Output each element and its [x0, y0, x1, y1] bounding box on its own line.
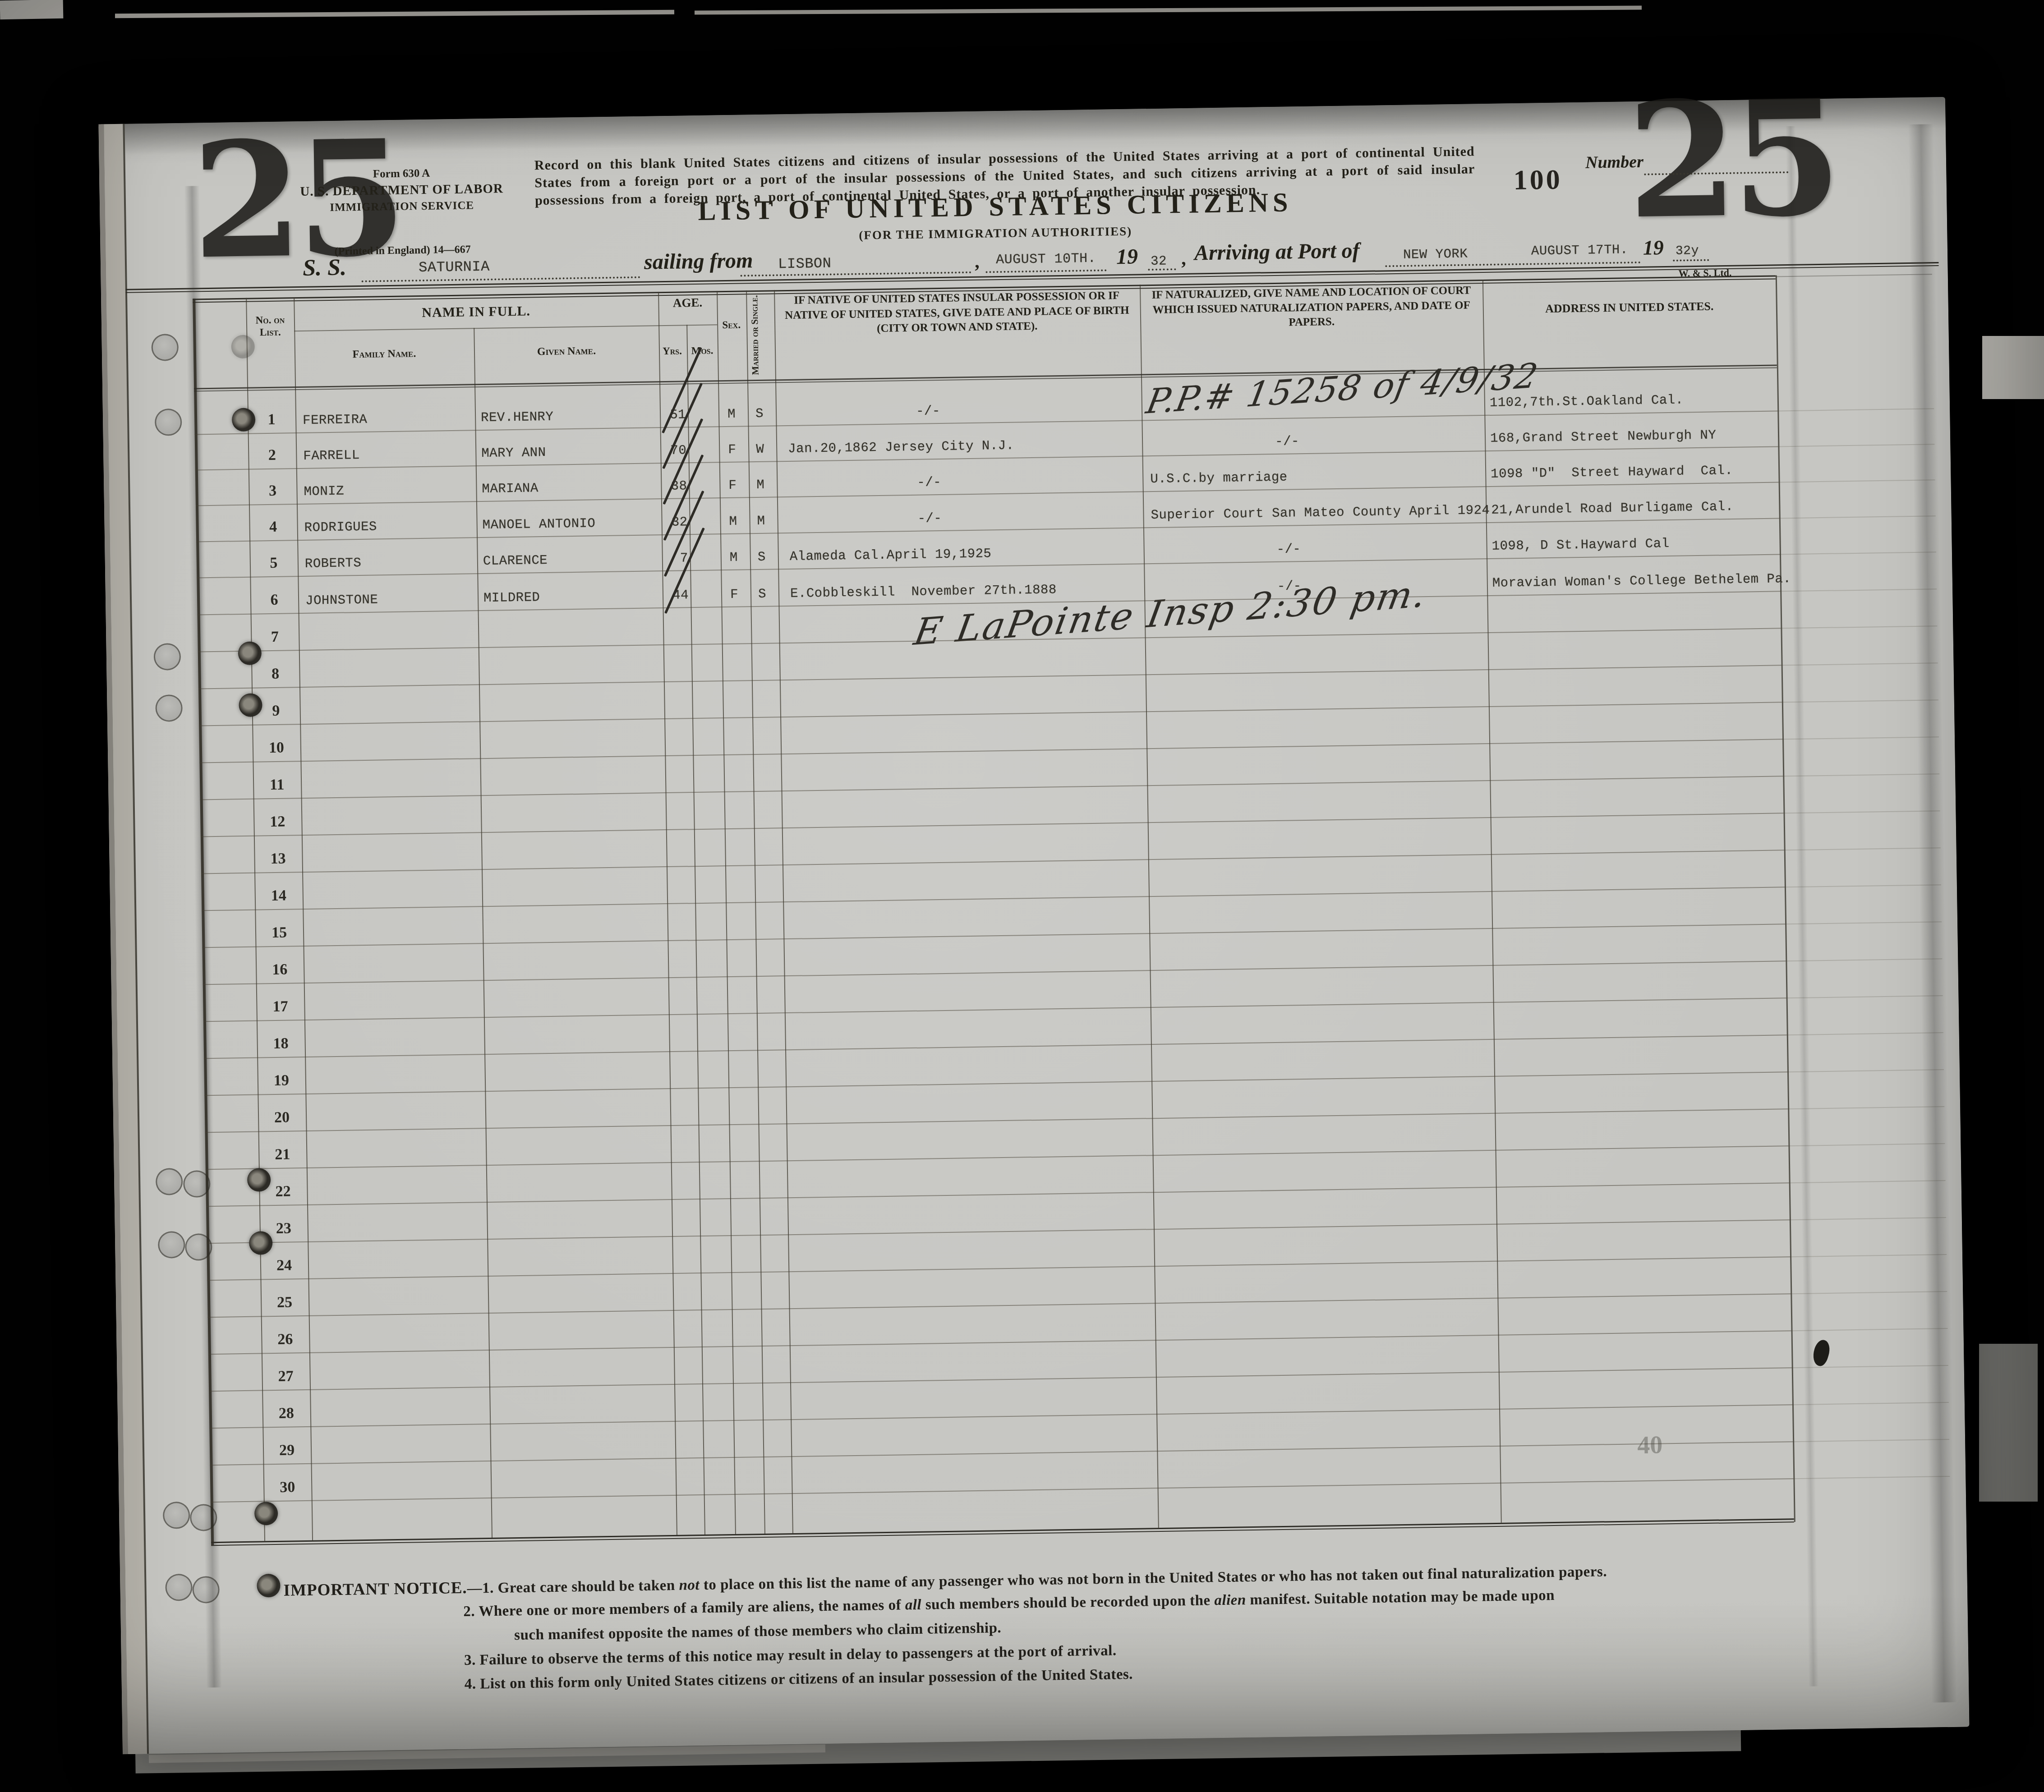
- cell-row-number: 8: [251, 665, 299, 683]
- departure-year: 32: [1151, 253, 1167, 269]
- arrival-year: 32y: [1676, 244, 1699, 258]
- col-header-birth: IF NATIVE OF UNITED STATES INSULAR POSSE…: [778, 289, 1135, 338]
- notice-item2-number: 2.: [463, 1604, 475, 1620]
- cell-address: 1102,7th.St.Oakland Cal.: [1490, 391, 1790, 410]
- cell-birth: E.Cobbleskill November 27th.1888: [790, 581, 1153, 601]
- table-row-line-extension: [1784, 847, 1941, 850]
- cell-row-number: 25: [261, 1294, 309, 1312]
- cell-family-name: FARRELL: [303, 446, 477, 464]
- cell-birth: Alameda Cal.April 19,1925: [790, 544, 1153, 564]
- table-row-line-extension: [1780, 588, 1937, 592]
- year-dotted-2: [1673, 259, 1709, 262]
- cell-row-number: 10: [253, 739, 301, 757]
- cell-sex: M: [718, 406, 746, 422]
- notice-item2-b: such members should be recorded upon the: [921, 1592, 1215, 1613]
- cell-row-number: 15: [255, 924, 304, 942]
- table-row-line-extension: [1781, 625, 1937, 629]
- punch-hole-ring-4: [156, 1168, 183, 1195]
- comma-2: ,: [1181, 248, 1186, 270]
- col-header-sex: Sex.: [716, 318, 746, 331]
- table-bottom-rule-2: [211, 1521, 1794, 1546]
- table-row-line-extension: [1778, 444, 1934, 447]
- cell-sex: F: [718, 442, 746, 457]
- cell-row-number: 20: [258, 1109, 306, 1127]
- cell-row-number: 30: [263, 1479, 312, 1497]
- cell-address: 1098, D St.Hayward Cal: [1492, 534, 1791, 554]
- table-row-line-extension: [1789, 1180, 1946, 1183]
- table-row-line-extension: [1786, 958, 1942, 961]
- cell-family-name: FERREIRA: [303, 410, 476, 428]
- table-row-line-extension: [1793, 1439, 1949, 1442]
- table-row-line-extension: [1791, 1328, 1948, 1331]
- department-label: U. S. DEPARTMENT OF LABOR: [289, 181, 514, 199]
- cell-sex: M: [720, 550, 748, 565]
- table-row-line-extension: [1783, 773, 1939, 777]
- cell-married-single: M: [747, 513, 775, 528]
- cell-row-number: 17: [256, 998, 304, 1016]
- comma-1: ,: [975, 251, 980, 273]
- count-stamp: 100: [1513, 164, 1562, 197]
- cell-sex: F: [718, 478, 746, 493]
- punch-hole-dark-7: [257, 1574, 281, 1598]
- table-row-line-extension: [1779, 479, 1935, 482]
- col-header-mos: Mos.: [687, 344, 718, 357]
- col-header-yrs: Yrs.: [658, 345, 687, 357]
- cell-given-name: MANOEL ANTONIO: [482, 515, 660, 533]
- punch-hole-ring-6: [158, 1231, 185, 1259]
- cell-given-name: CLARENCE: [483, 551, 661, 569]
- table-row-line-extension: [1785, 884, 1941, 887]
- table-row-line-extension: [1782, 662, 1938, 666]
- form-number: Form 630 A: [289, 166, 514, 182]
- cell-address: Moravian Woman's College Bethelem Pa.: [1492, 571, 1792, 591]
- date-dotted-line: [985, 269, 1106, 273]
- notice-item2-italic1: all: [905, 1597, 922, 1613]
- cell-row-number: 29: [263, 1442, 311, 1460]
- form-id-block: Form 630 A U. S. DEPARTMENT OF LABOR IMM…: [289, 166, 516, 258]
- table-row-line-extension: [1793, 1476, 1950, 1479]
- cell-married-single: M: [746, 477, 774, 492]
- arrival-port: NEW YORK: [1403, 247, 1468, 262]
- cell-row-number: 4: [249, 518, 297, 536]
- cell-row-number: 26: [261, 1331, 309, 1349]
- col-header-no-on-list: No. on List.: [252, 313, 289, 338]
- cell-row-number: 6: [250, 591, 299, 609]
- cell-family-name: JOHNSTONE: [305, 591, 479, 608]
- port-dotted-line: [741, 271, 971, 277]
- cell-family-name: RODRIGUES: [304, 518, 478, 535]
- col-header-married-or-single: Married or Single.: [749, 293, 761, 377]
- notice-line-3: such manifest opposite the names of thos…: [514, 1620, 1001, 1644]
- service-label: IMMIGRATION SERVICE: [289, 199, 515, 215]
- notice-item3-number: 3.: [464, 1652, 476, 1668]
- manifest-sheet: 25 25 Form 630 A U. S. DEPARTMENT OF LAB…: [98, 97, 1969, 1754]
- table-row-line-extension: [1782, 699, 1938, 703]
- punch-hole-ring-1: [155, 409, 182, 436]
- cell-age-years: 32: [645, 515, 687, 530]
- notice-item3-text: Failure to observe the terms of this not…: [479, 1642, 1117, 1668]
- cell-birth: -/-: [916, 399, 1279, 419]
- cell-address: 21,Arundel Road Burligame Cal.: [1491, 498, 1791, 518]
- punch-hole-ring-3: [155, 694, 183, 722]
- departure-port: LISBON: [778, 255, 832, 273]
- table-row-line-extension: [1786, 995, 1943, 998]
- cell-family-name: MONIZ: [304, 482, 477, 499]
- cell-sex: M: [719, 514, 747, 529]
- cell-row-number: 19: [258, 1072, 306, 1090]
- table-row-line-extension: [1792, 1365, 1948, 1368]
- year-prefix-1: 19: [1116, 244, 1138, 269]
- table-row-line-extension: [1791, 1291, 1947, 1294]
- punch-hole-ring-2: [154, 643, 181, 671]
- cell-given-name: MARIANA: [482, 479, 660, 496]
- right-crease: [1908, 124, 1957, 1702]
- col-header-naturalization: IF NATURALIZED, GIVE NAME AND LOCATION O…: [1144, 283, 1478, 332]
- paper-edge-top-2: [695, 6, 1642, 15]
- notice-item2-italic2: alien: [1214, 1592, 1246, 1608]
- table-row-line-extension: [1783, 810, 1940, 813]
- table-row-line-extension: [1790, 1254, 1947, 1257]
- cell-age-years: 7: [645, 551, 688, 566]
- table-top-rule-ext: [1776, 274, 1932, 277]
- notice-item1-a: Great care should be taken: [497, 1577, 679, 1596]
- cell-family-name: ROBERTS: [305, 554, 479, 571]
- notice-item1-italic: not: [679, 1577, 700, 1594]
- photographed-manifest-page: 25 25 Form 630 A U. S. DEPARTMENT OF LAB…: [0, 0, 2044, 1792]
- cell-given-name: REV.HENRY: [481, 408, 659, 425]
- cell-row-number: 7: [251, 628, 299, 646]
- notice-heading: IMPORTANT NOTICE.: [283, 1579, 467, 1600]
- cell-naturalization: U.S.C.by marriage: [1150, 467, 1492, 487]
- table-row-line-extension: [1780, 551, 1936, 555]
- cell-row-number: 27: [262, 1368, 310, 1386]
- col-header-address: ADDRESS IN UNITED STATES.: [1483, 298, 1776, 317]
- col-header-name-in-full: NAME IN FULL.: [294, 302, 658, 322]
- cell-address: 1098 "D" Street Hayward Cal.: [1491, 462, 1791, 482]
- cell-age-years: 44: [646, 588, 689, 603]
- cell-row-number: 3: [249, 482, 297, 500]
- vessel-dotted-line: [362, 276, 640, 282]
- paper-tab-right: [1982, 336, 2044, 399]
- paper-edge-top-left: [0, 0, 63, 19]
- table-row-line-extension: [1787, 1032, 1943, 1035]
- notice-line-5: 4. List on this form only United States …: [465, 1666, 1133, 1693]
- arrival-dotted-line: [1385, 262, 1640, 267]
- cell-row-number: 12: [253, 813, 302, 831]
- vessel-name: SATURNIA: [419, 258, 490, 276]
- cell-age-years: 38: [644, 478, 687, 494]
- punch-hole-ring-10: [165, 1574, 193, 1601]
- table-row-line-extension: [1785, 921, 1942, 924]
- col-header-family-name: Family Name.: [295, 346, 474, 362]
- col-header-age: AGE.: [658, 295, 717, 310]
- sailing-from-label: sailing from: [644, 248, 753, 275]
- cell-address: 168,Grand Street Newburgh NY: [1490, 427, 1790, 446]
- ss-label: S. S.: [303, 254, 347, 281]
- cell-age-years: 70: [644, 443, 686, 458]
- departure-date: AUGUST 10TH.: [996, 251, 1096, 268]
- notice-item1-number: —1.: [467, 1580, 494, 1597]
- table-row-line-extension: [1779, 515, 1936, 519]
- notice-item2-continuation: such manifest opposite the names of thos…: [514, 1620, 1001, 1643]
- punch-hole-dark-6: [254, 1502, 278, 1525]
- cell-married-single: W: [746, 441, 774, 457]
- cell-married-single: S: [748, 549, 776, 565]
- cell-row-number: 21: [258, 1146, 307, 1164]
- punch-hole-ring-8: [163, 1502, 190, 1529]
- punch-hole-ring-0: [151, 334, 179, 361]
- table-row-line-extension: [1790, 1217, 1946, 1220]
- notice-item4-number: 4.: [465, 1676, 476, 1692]
- paper-edge-top-1: [115, 10, 674, 18]
- table-bottom-rule-1: [211, 1518, 1794, 1543]
- table-row-line-extension: [1787, 1069, 1944, 1072]
- cell-row-number: 11: [253, 776, 301, 794]
- cell-married-single: S: [746, 406, 773, 421]
- table-row-line-extension: [1788, 1143, 1945, 1146]
- cell-row-number: 28: [262, 1405, 311, 1423]
- cell-row-number: 18: [257, 1035, 305, 1053]
- table-row-line-extension: [1788, 1106, 1944, 1109]
- notice-line-4: 3. Failure to observe the terms of this …: [464, 1642, 1117, 1668]
- cell-row-number: 5: [250, 554, 298, 572]
- page-number-stamp-right: 25: [1626, 93, 1837, 226]
- header-sub-divider: [294, 324, 717, 331]
- cell-given-name: MARY ANN: [481, 443, 659, 461]
- notice-item2-a: Where one or more members of a family ar…: [479, 1597, 905, 1619]
- paper-blob-right: [1979, 1344, 2038, 1502]
- cell-row-number: 14: [255, 887, 303, 905]
- cell-age-years: 51: [643, 407, 686, 423]
- notice-item4-text: List on this form only United States cit…: [480, 1666, 1133, 1692]
- number-label: Number: [1585, 152, 1643, 173]
- cell-row-number: 13: [254, 850, 302, 868]
- arrival-date: AUGUST 17TH.: [1531, 242, 1628, 258]
- cell-given-name: MILDRED: [483, 588, 662, 606]
- table-row-line-extension: [1782, 736, 1939, 740]
- arriving-label: Arriving at Port of: [1194, 238, 1360, 265]
- cell-birth: Jan.20,1862 Jersey City N.J.: [788, 436, 1151, 456]
- year-dotted-1: [1148, 268, 1176, 271]
- col-header-given-name: Given Name.: [474, 344, 659, 359]
- cell-row-number: 16: [256, 961, 304, 979]
- cell-row-number: 2: [248, 446, 296, 464]
- year-prefix-2: 19: [1643, 235, 1664, 260]
- table-row-line-extension: [1777, 408, 1934, 411]
- punch-hole-dark-0: [231, 335, 255, 358]
- table-row-line-extension: [1792, 1402, 1949, 1405]
- cell-naturalization: Superior Court San Mateo County April 19…: [1151, 503, 1492, 523]
- notice-item2-c: manifest. Suitable notation may be made …: [1246, 1587, 1555, 1608]
- cell-row-number: 24: [260, 1257, 308, 1275]
- cell-sex: F: [720, 587, 748, 602]
- cell-married-single: S: [748, 586, 776, 602]
